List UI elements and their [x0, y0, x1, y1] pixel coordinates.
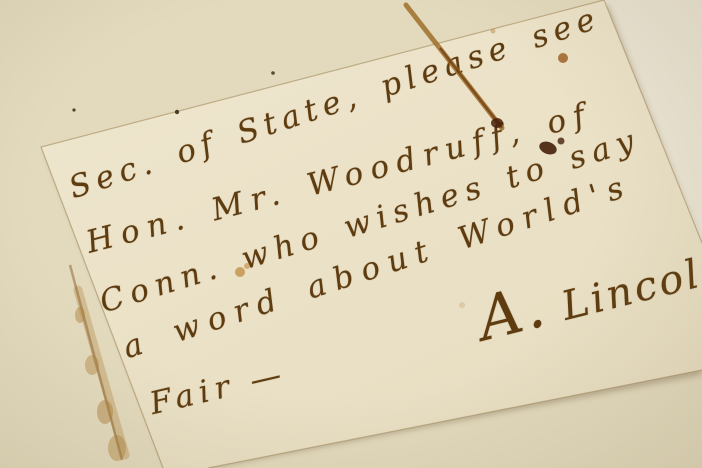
- handwriting-layer: Sec. of State, please see Hon. Mr. Woodr…: [0, 0, 702, 468]
- note-line-5: Fair —: [146, 354, 291, 425]
- photo-handwritten-note: Sec. of State, please see Hon. Mr. Woodr…: [0, 0, 702, 468]
- signature: A. Lincoln: [472, 230, 702, 350]
